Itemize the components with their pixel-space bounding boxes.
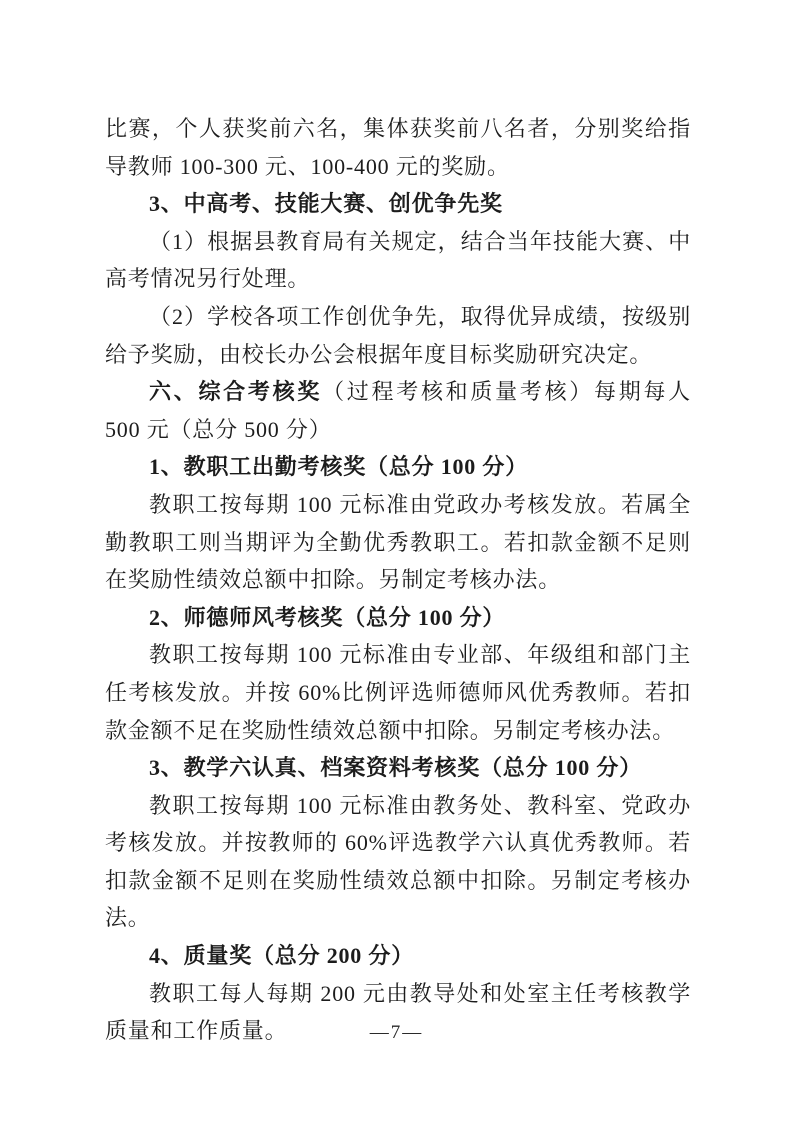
- document-content: 比赛，个人获奖前六名，集体获奖前八名者，分别奖给指导教师 100-300 元、1…: [105, 110, 691, 1050]
- paragraph-attendance-detail: 教职工按每期 100 元标准由党政办考核发放。若属全勤教职工则当期评为全勤优秀教…: [105, 486, 691, 599]
- subheading-1-attendance-award: 1、教职工出勤考核奖（总分 100 分）: [105, 448, 691, 486]
- page-number: —7—: [0, 1022, 793, 1044]
- document-page: 比赛，个人获奖前六名，集体获奖前八名者，分别奖给指导教师 100-300 元、1…: [0, 0, 793, 1122]
- paragraph-ethics-detail: 教职工按每期 100 元标准由专业部、年级组和部门主任考核发放。并按 60%比例…: [105, 636, 691, 749]
- heading-run: 六、综合考核奖: [149, 379, 322, 404]
- section-heading-6-comprehensive-award: 六、综合考核奖（过程考核和质量考核）每期每人 500 元（总分 500 分）: [105, 373, 691, 448]
- section-heading-3-exams-awards: 3、中高考、技能大赛、创优争先奖: [105, 185, 691, 223]
- paragraph-item-2: （2）学校各项工作创优争先，取得优异成绩，按级别给予奖励，由校长办公会根据年度目…: [105, 298, 691, 373]
- subheading-2-ethics-award: 2、师德师风考核奖（总分 100 分）: [105, 599, 691, 637]
- subheading-3-teaching-archives-award: 3、教学六认真、档案资料考核奖（总分 100 分）: [105, 749, 691, 787]
- paragraph-item-1: （1）根据县教育局有关规定，结合当年技能大赛、中高考情况另行处理。: [105, 223, 691, 298]
- paragraph-continuation: 比赛，个人获奖前六名，集体获奖前八名者，分别奖给指导教师 100-300 元、1…: [105, 110, 691, 185]
- subheading-4-quality-award: 4、质量奖（总分 200 分）: [105, 937, 691, 975]
- paragraph-teaching-archives-detail: 教职工按每期 100 元标准由教务处、教科室、党政办考核发放。并按教师的 60%…: [105, 787, 691, 937]
